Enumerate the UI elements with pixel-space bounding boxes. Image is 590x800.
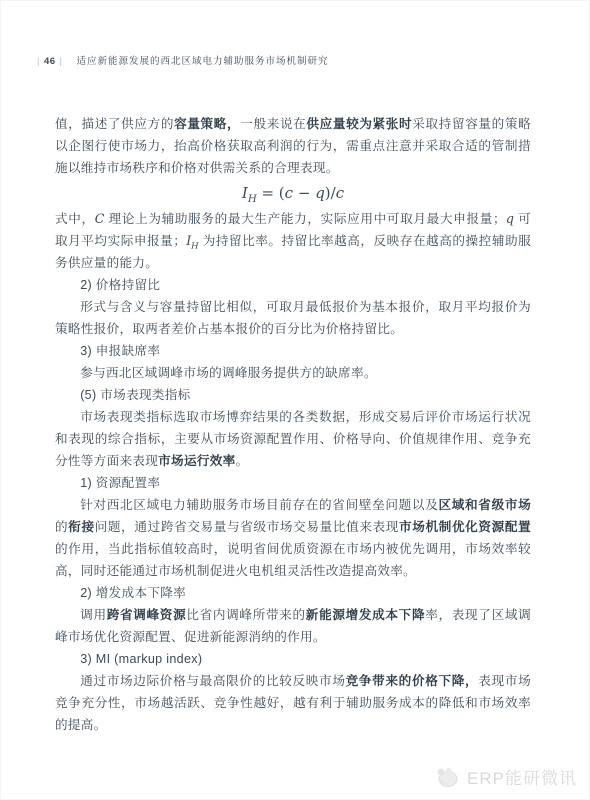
text-run: 的作用，当此指标值较高时，说明省间优质资源在市场内被优先调用，市场效率较高，同时… — [55, 542, 531, 578]
text-run: q — [506, 211, 514, 226]
text-run: 竞争带来的价格下降， — [346, 674, 479, 688]
book-page: | 46 | 适应新能源发展的西北区域电力辅助服务市场机制研究 值，描述了供应方… — [0, 0, 590, 800]
paragraph: (5) 市场表现类指标 — [55, 384, 531, 406]
paragraph: 3) MI (markup index) — [55, 648, 531, 670]
text-run: 2) 价格持留比 — [80, 278, 160, 292]
header-divider: | — [60, 56, 63, 67]
text-run: 市场机制优化资源配置 — [399, 520, 531, 534]
text-run: )/ — [325, 184, 336, 202]
text-run: 市场表现类指标选取市场博弈结果的各类数据，形成交易后评价市场运行状况和表现的综合… — [55, 410, 531, 468]
text-run: 值，描述了供应方的 — [55, 117, 174, 131]
text-run: 新能源增发成本下降 — [306, 608, 425, 622]
document-body: 值，描述了供应方的容量策略，一般来说在供应量较为紧张时采取持留容量的策略以企图行… — [55, 113, 531, 736]
paragraph: 形式与含义与容量持留比相似，可取月最低报价为基本报价，取月平均报价为策略性报价，… — [55, 296, 531, 340]
text-run: 比省内调峰所带来的 — [186, 608, 305, 622]
paragraph: 参与西北区域调峰市场的调峰服务提供方的缺席率。 — [55, 362, 531, 384]
text-run: 通过市场边际价格与最高限价的比较反映市场 — [80, 674, 345, 688]
text-run: 1) 资源配置率 — [80, 476, 160, 490]
paragraph: 针对西北区域电力辅助服务市场目前存在的省间壁垒问题以及区域和省级市场的衔接问题，… — [55, 494, 531, 582]
paragraph: 调用跨省调峰资源比省内调峰所带来的新能源增发成本下降率，表现了区域调峰市场优化资… — [55, 604, 531, 648]
text-run: H — [248, 184, 257, 202]
text-run: 衔接 — [68, 520, 94, 534]
paragraph: 市场表现类指标选取市场博弈结果的各类数据，形成交易后评价市场运行状况和表现的综合… — [55, 406, 531, 472]
publisher-logo-icon — [435, 765, 462, 789]
text-run: 。 — [236, 454, 249, 468]
text-run: c — [336, 184, 344, 202]
text-run: 的 — [55, 520, 68, 534]
paragraph: 2) 价格持留比 — [55, 274, 531, 296]
paragraph: 通过市场边际价格与最高限价的比较反映市场竞争带来的价格下降，表现市场竞争充分性，… — [55, 670, 531, 736]
text-run: 调用 — [80, 608, 107, 622]
paragraph: 3) 申报缺席率 — [55, 340, 531, 362]
text-run: 3) MI (markup index) — [80, 652, 202, 666]
text-run: C — [95, 211, 105, 226]
header-divider: | — [37, 56, 40, 67]
text-run: (5) 市场表现类指标 — [80, 388, 190, 402]
paragraph: 式中，C 理论上为辅助服务的最大生产能力，实际应用中可取月最大申报量；q 可取月… — [55, 208, 531, 274]
watermark-text: ERP能研微讯 — [467, 764, 577, 789]
text-run: 一般来说在 — [240, 117, 306, 131]
page-header: | 46 | 适应新能源发展的西北区域电力辅助服务市场机制研究 — [33, 53, 560, 67]
text-run: 问题，通过跨省交易量与省级市场交易量比值来表现 — [95, 520, 399, 534]
paragraph: 1) 资源配置率 — [55, 472, 531, 494]
paragraph: 2) 增发成本下降率 — [55, 582, 531, 604]
text-run: c — [285, 184, 293, 202]
text-run: 市场运行效率 — [158, 454, 235, 468]
text-run: 形式与含义与容量持留比相似，可取月最低报价为基本报价，取月平均报价为策略性报价，… — [55, 300, 531, 336]
running-title: 适应新能源发展的西北区域电力辅助服务市场机制研究 — [77, 53, 329, 67]
text-run: 理论上为辅助服务的最大生产能力，实际应用中可取月最大申报量； — [104, 212, 505, 226]
watermark: ERP能研微讯 — [435, 764, 577, 789]
text-run: 式中， — [55, 212, 95, 226]
paragraph: 值，描述了供应方的容量策略，一般来说在供应量较为紧张时采取持留容量的策略以企图行… — [55, 113, 531, 179]
text-run: 区域和省级市场 — [438, 498, 531, 512]
text-run: 跨省调峰资源 — [107, 608, 187, 622]
text-run: 针对西北区域电力辅助服务市场目前存在的省间壁垒问题以及 — [80, 498, 438, 512]
text-run: 3) 申报缺席率 — [80, 344, 160, 358]
text-run: 容量策略， — [174, 117, 240, 131]
text-run: − — [293, 184, 315, 202]
text-run: H — [191, 233, 198, 248]
text-run: 供应量较为紧张时 — [306, 117, 412, 131]
text-run: 2) 增发成本下降率 — [80, 586, 186, 600]
text-run: = ( — [257, 184, 285, 202]
text-run: 参与西北区域调峰市场的调峰服务提供方的缺席率。 — [80, 366, 377, 380]
text-run: q — [315, 184, 325, 202]
page-number: 46 — [44, 56, 56, 67]
formula: IH = (c − q)/c — [55, 180, 531, 206]
